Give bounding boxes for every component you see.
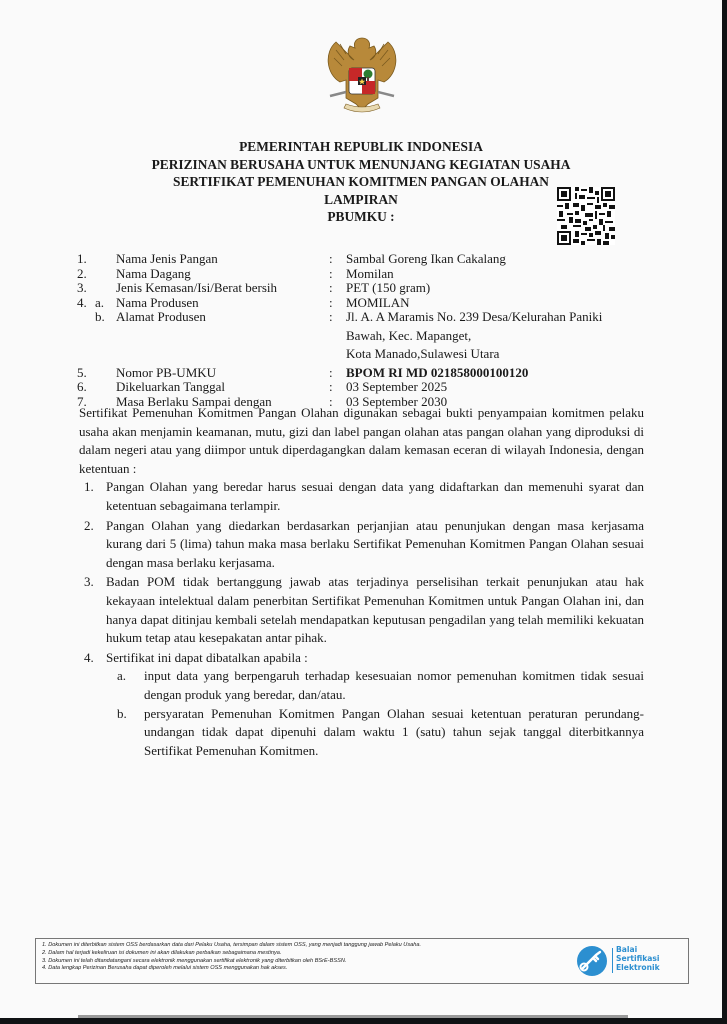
row-colon: : [329,380,333,395]
item-number: 1. [84,478,94,497]
row-label: Nomor PB-UMKU [116,366,216,381]
condition-text: persyaratan Pemenuhan Komitmen Pangan Ol… [144,706,644,758]
terms-item: 1. Pangan Olahan yang beredar harus sesu… [79,478,644,515]
row-colon: : [329,281,333,296]
bsre-key-icon [576,945,608,977]
detail-row: 5. Nomor PB-UMKU : BPOM RI MD 0218580001… [0,366,722,381]
certificate-page: PEMERINTAH REPUBLIK INDONESIA PERIZINAN … [0,0,722,1018]
brand-name-value: Momilan [346,267,394,282]
item-text: Badan POM tidak bertanggung jawab atas t… [106,574,644,645]
detail-row: 4. a. Nama Produsen : MOMILAN [0,296,722,311]
row-subletter: b. [95,310,105,325]
terms-item: 2. Pangan Olahan yang diedarkan berdasar… [79,517,644,573]
certificate-details: 1. Nama Jenis Pangan : Sambal Goreng Ika… [0,252,722,410]
bsre-text-line: Elektronik [616,964,660,973]
horizontal-scrollbar[interactable] [78,1015,628,1018]
row-colon: : [329,296,333,311]
row-colon: : [329,252,333,267]
row-label: Nama Produsen [116,296,199,311]
detail-row: b. Alamat Produsen : Jl. A. A Maramis No… [0,310,722,329]
row-number: 2. [77,267,87,282]
condition-text: input data yang berpengaruh terhadap kes… [144,668,644,702]
row-label: Jenis Kemasan/Isi/Berat bersih [116,281,277,296]
row-label: Nama Jenis Pangan [116,252,218,267]
registration-number-value: BPOM RI MD 021858000100120 [346,366,528,381]
detail-row: 3. Jenis Kemasan/Isi/Berat bersih : PET … [0,281,722,296]
item-text: Pangan Olahan yang diedarkan berdasarkan… [106,518,644,570]
issue-date-value: 03 September 2025 [346,380,447,395]
cancellation-conditions: a. input data yang berpengaruh terhadap … [106,667,644,760]
item-number: 3. [84,573,94,592]
terms-item: 3. Badan POM tidak bertanggung jawab ata… [79,573,644,647]
condition-letter: b. [117,705,127,724]
footer-note: 3. Dokumen ini telah ditandatangani seca… [42,958,582,966]
producer-address-line2: Bawah, Kec. Mapanget, [346,329,471,344]
row-colon: : [329,267,333,282]
row-colon: : [329,366,333,381]
producer-name-value: MOMILAN [346,296,410,311]
footer-note: 4. Data lengkap Perizinan Berusaha dapat… [42,965,582,973]
row-number: 6. [77,380,87,395]
row-number: 5. [77,366,87,381]
row-colon: : [329,310,333,325]
header-government: PEMERINTAH REPUBLIK INDONESIA [0,138,722,156]
footer-disclaimer-box: 1. Dokumen ini diterbitkan sistem OSS be… [35,938,689,984]
packaging-value: PET (150 gram) [346,281,430,296]
row-number: 4. [77,296,87,311]
footer-notes: 1. Dokumen ini diterbitkan sistem OSS be… [42,942,582,973]
item-text: Pangan Olahan yang beredar harus sesuai … [106,479,644,513]
condition-letter: a. [117,667,126,686]
food-type-value: Sambal Goreng Ikan Cakalang [346,252,506,267]
row-number: 3. [77,281,87,296]
bsre-logo: Balai Sertifikasi Elektronik [576,943,684,979]
condition-item: b. persyaratan Pemenuhan Komitmen Pangan… [106,705,644,761]
footer-note: 2. Dalam hal terjadi kekeliruan isi doku… [42,950,582,958]
row-label: Alamat Produsen [116,310,206,325]
row-label: Nama Dagang [116,267,191,282]
item-number: 4. [84,649,94,668]
terms-item: 4. Sertifikat ini dapat dibatalkan apabi… [79,649,644,761]
row-number: 1. [77,252,87,267]
certificate-terms: Sertifikat Pemenuhan Komitmen Pangan Ola… [79,404,644,760]
detail-row: 1. Nama Jenis Pangan : Sambal Goreng Ika… [0,252,722,267]
terms-list: 1. Pangan Olahan yang beredar harus sesu… [79,478,644,760]
condition-item: a. input data yang berpengaruh terhadap … [106,667,644,704]
logo-divider [612,948,613,973]
qr-code-icon [557,187,615,245]
producer-address-value: Jl. A. A Maramis No. 239 Desa/Kelurahan … [346,310,602,325]
row-subletter: a. [95,296,104,311]
item-text: Sertifikat ini dapat dibatalkan apabila … [106,650,308,665]
detail-row: 6. Dikeluarkan Tanggal : 03 September 20… [0,380,722,395]
footer-note: 1. Dokumen ini diterbitkan sistem OSS be… [42,942,582,950]
producer-address-line3: Kota Manado,Sulawesi Utara [346,347,499,362]
row-label: Dikeluarkan Tanggal [116,380,225,395]
garuda-emblem-icon [316,30,408,122]
detail-row-continuation: Bawah, Kec. Mapanget, [0,329,722,348]
header-permit-type: PERIZINAN BERUSAHA UNTUK MENUNJANG KEGIA… [0,156,722,174]
detail-row-continuation: Kota Manado,Sulawesi Utara [0,347,722,366]
terms-intro: Sertifikat Pemenuhan Komitmen Pangan Ola… [79,404,644,478]
detail-row: 2. Nama Dagang : Momilan [0,267,722,282]
item-number: 2. [84,517,94,536]
bsre-logo-text: Balai Sertifikasi Elektronik [616,946,660,972]
